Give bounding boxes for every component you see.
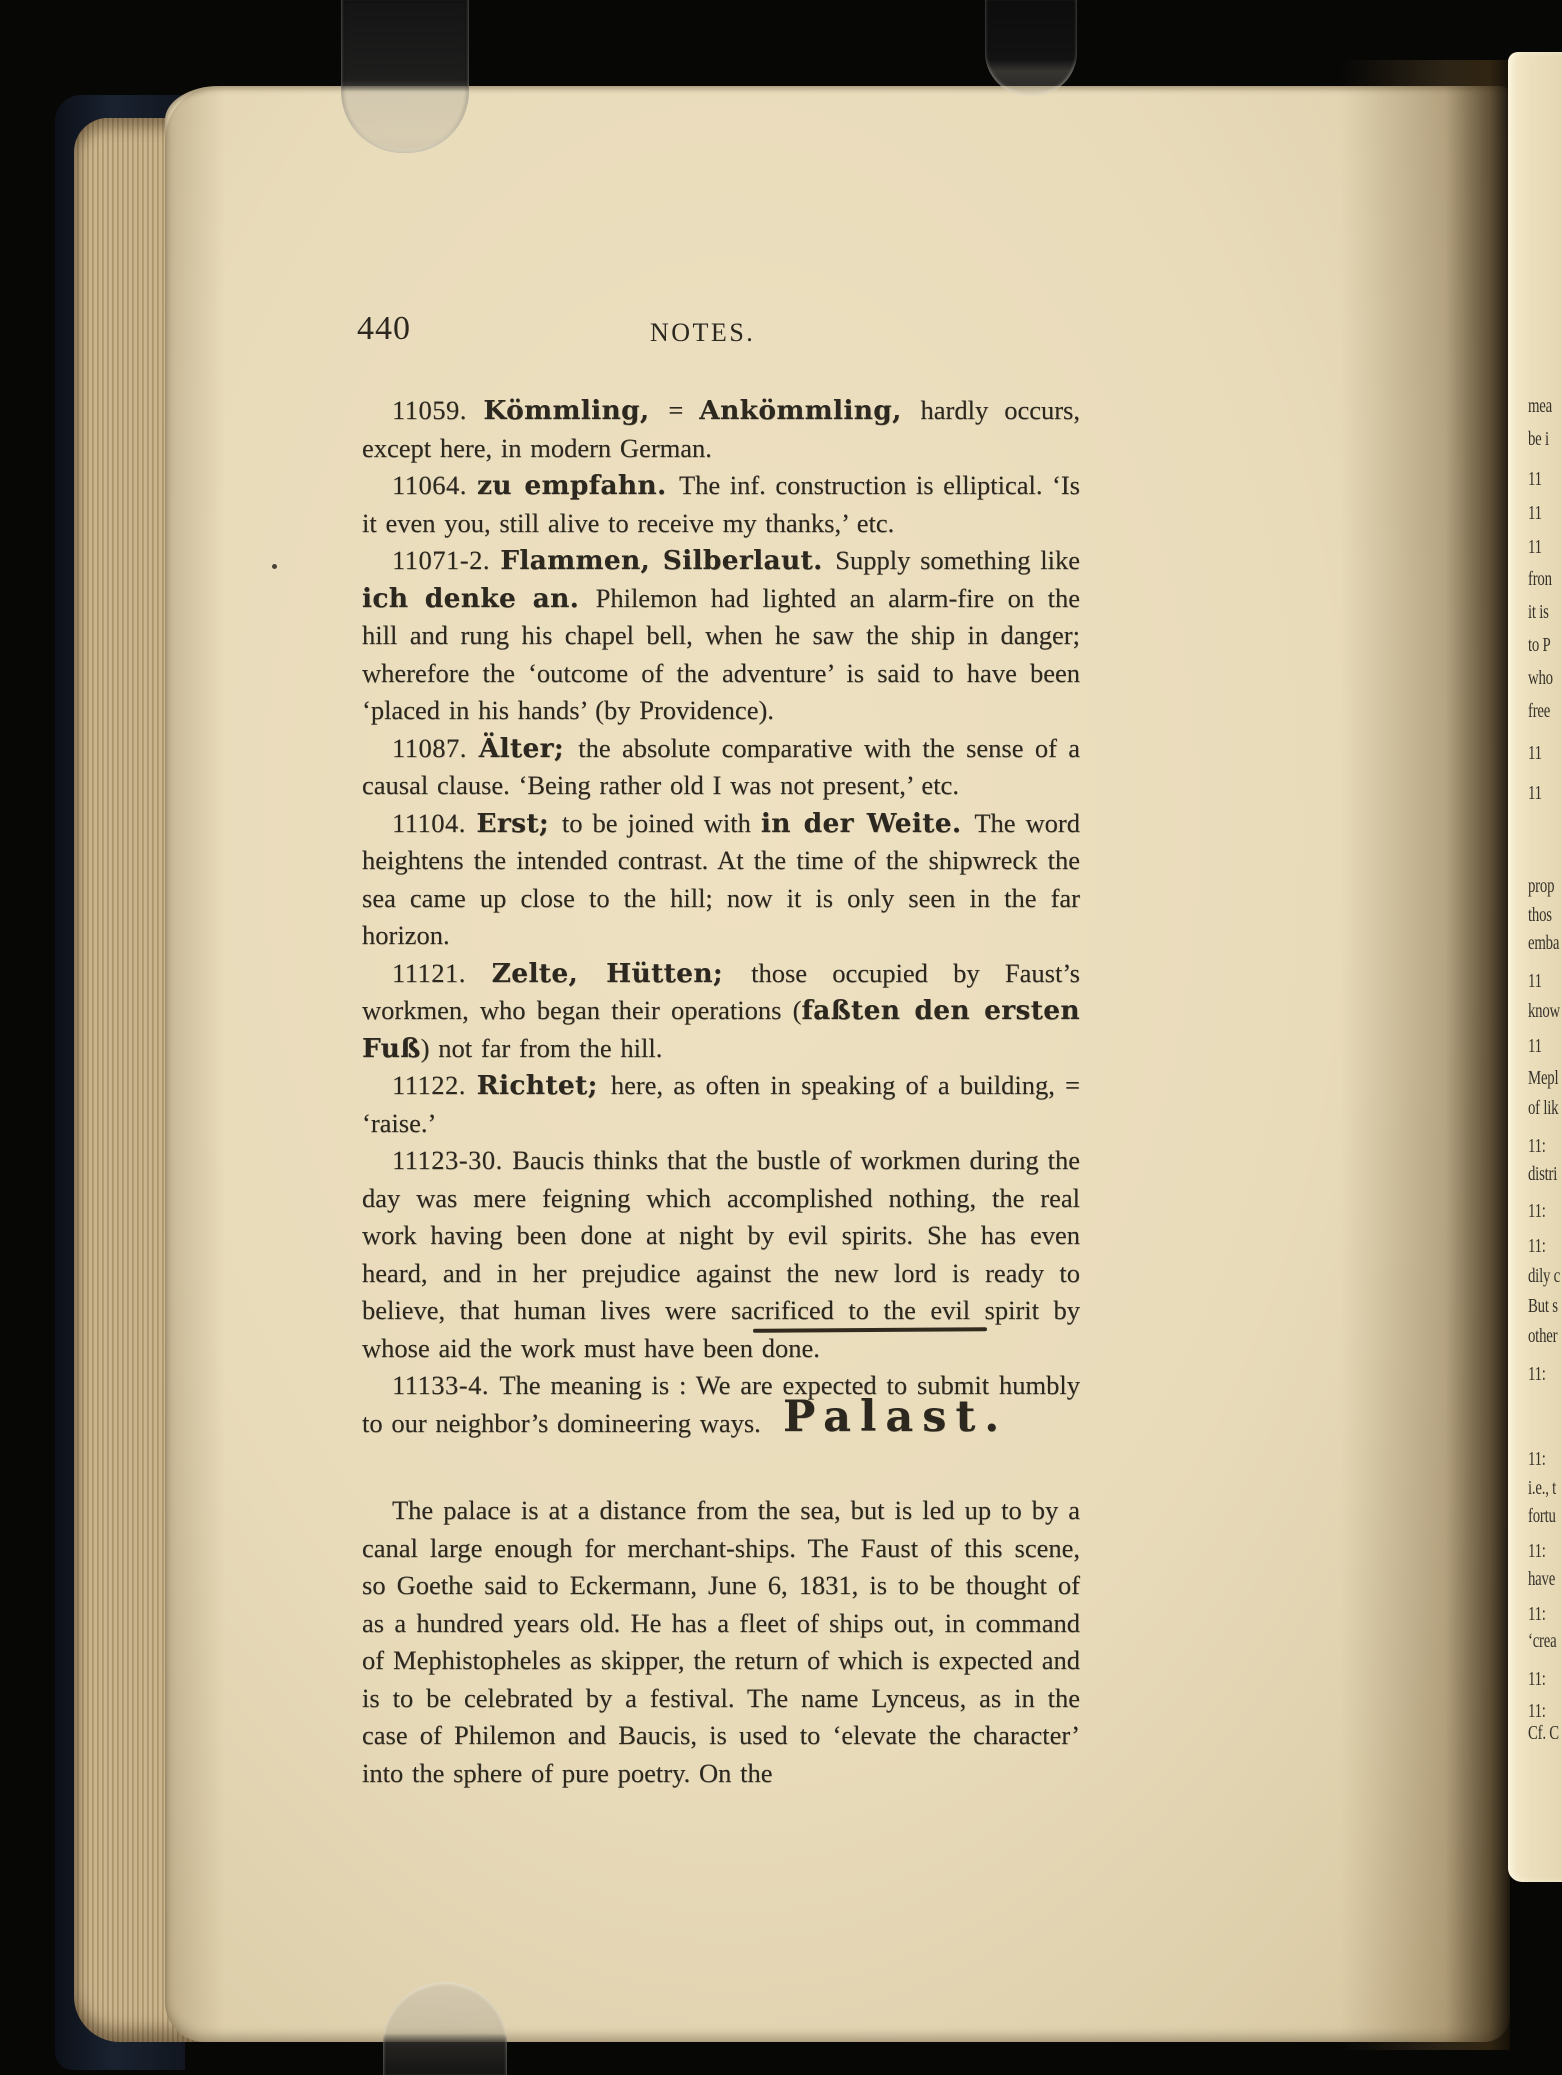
cutoff-text-fragment: Cf. C [1528,1722,1559,1745]
cutoff-text-fragment: be i [1528,428,1549,451]
ink-speck [272,564,277,569]
cutoff-text-fragment: But s [1528,1295,1558,1318]
cutoff-text-fragment: thos [1528,904,1552,927]
cutoff-text-fragment: 11: [1528,1700,1546,1723]
cutoff-text-fragment: 11: [1528,1603,1546,1626]
cutoff-text-fragment: 11: [1528,1235,1546,1258]
cutoff-text-fragment: 11: [1528,1363,1546,1386]
note-entry: 11071-2. Flammen, Silberlaut. Supply som… [362,542,1080,730]
note-number: 11104. [392,808,476,838]
cutoff-text-fragment: mea [1528,395,1552,418]
german-term: Flammen, Silberlaut. [500,545,835,576]
gutter-shadow [1340,60,1510,2050]
cutoff-text-fragment: 11: [1528,1200,1546,1223]
note-entry: 11087. Älter; the absolute comparative w… [362,730,1080,805]
note-entry: 11123-30. Baucis thinks that the bustle … [362,1142,1080,1367]
cutoff-text-fragment: 11 [1528,742,1542,765]
cutoff-text-fragment: free [1528,700,1550,723]
cutoff-text-fragment: other [1528,1325,1557,1348]
cutoff-text-fragment: of lik [1528,1097,1558,1120]
cutoff-text-fragment: 11 [1528,1035,1542,1058]
note-text: = [668,395,699,425]
cutoff-text-fragment: 11 [1528,536,1542,559]
note-entry: 11064. zu empfahn. The inf. construction… [362,467,1080,542]
cutoff-text-fragment: fortu [1528,1505,1556,1528]
cutoff-text-fragment: have [1528,1568,1555,1591]
german-term: Älter; [479,733,579,764]
note-number: 11071-2. [392,545,500,575]
cutoff-text-fragment: i.e., t [1528,1477,1556,1500]
german-term: zu empfahn. [477,470,679,501]
note-number: 11064. [392,470,477,500]
cutoff-text-fragment: emba [1528,932,1559,955]
section-paragraph: The palace is at a distance from the sea… [362,1492,1080,1792]
german-term: Zelte, Hütten; [492,958,751,989]
note-number: 11123-30. [392,1145,512,1175]
note-number: 11133-4. [392,1370,499,1400]
notes-list: 11059. Kömmling, = Ankömmling, hardly oc… [362,392,1080,1442]
note-number: 11122. [392,1070,477,1100]
note-text: to be joined with [562,808,761,838]
cutoff-text-fragment: to P [1528,634,1551,657]
cutoff-text-fragment: Mepl [1528,1067,1558,1090]
book-scan-photo: 440 NOTES. 11059. Kömmling, = Ankömmling… [0,0,1562,2075]
german-term: ich denke an. [362,583,596,614]
note-text: Supply something like [835,545,1080,575]
german-term: Richtet; [477,1070,611,1101]
book-strap-top-right [985,0,1077,96]
cutoff-text-fragment: 11 [1528,468,1542,491]
cutoff-text-fragment: 11 [1528,970,1542,993]
german-term: Kömmling, [483,395,668,426]
cutoff-text-fragment: distri [1528,1163,1557,1186]
running-head: NOTES. [650,318,755,348]
cutoff-text-fragment: prop [1528,875,1554,898]
cutoff-text-fragment: 11 [1528,502,1542,525]
cutoff-text-fragment: 11 [1528,782,1542,805]
note-entry: 11122. Richtet; here, as often in speaki… [362,1067,1080,1142]
cutoff-text-fragment: fron [1528,568,1552,591]
german-term: Erst; [476,808,562,839]
german-term: in der Weite. [761,808,975,839]
cutoff-text-fragment: 11: [1528,1668,1546,1691]
note-number: 11087. [392,733,479,763]
note-entry: 11121. Zelte, Hütten; those occupied by … [362,955,1080,1068]
cutoff-text-fragment: who [1528,667,1553,690]
cutoff-text-fragment: ‘crea [1528,1630,1556,1653]
cutoff-text-fragment: dily c [1528,1265,1560,1288]
note-number: 11059. [392,395,483,425]
note-text: ) not far from the hill. [421,1033,663,1063]
note-entry: 11104. Erst; to be joined with in der We… [362,805,1080,955]
cutoff-text-fragment: 11: [1528,1448,1546,1471]
note-number: 11121. [392,958,492,988]
cutoff-text-fragment: 11: [1528,1135,1546,1158]
book-strap-top-center [341,0,469,153]
cutoff-text-fragment: know [1528,1000,1560,1023]
page-number: 440 [357,310,411,348]
cutoff-text-fragment: 11: [1528,1540,1546,1563]
note-entry: 11059. Kömmling, = Ankömmling, hardly oc… [362,392,1080,467]
page-inner-shadow [165,86,225,2042]
cutoff-text-fragment: it is [1528,601,1549,624]
section-heading: Palast. [783,1392,1008,1442]
german-term: Ankömmling, [699,395,920,426]
